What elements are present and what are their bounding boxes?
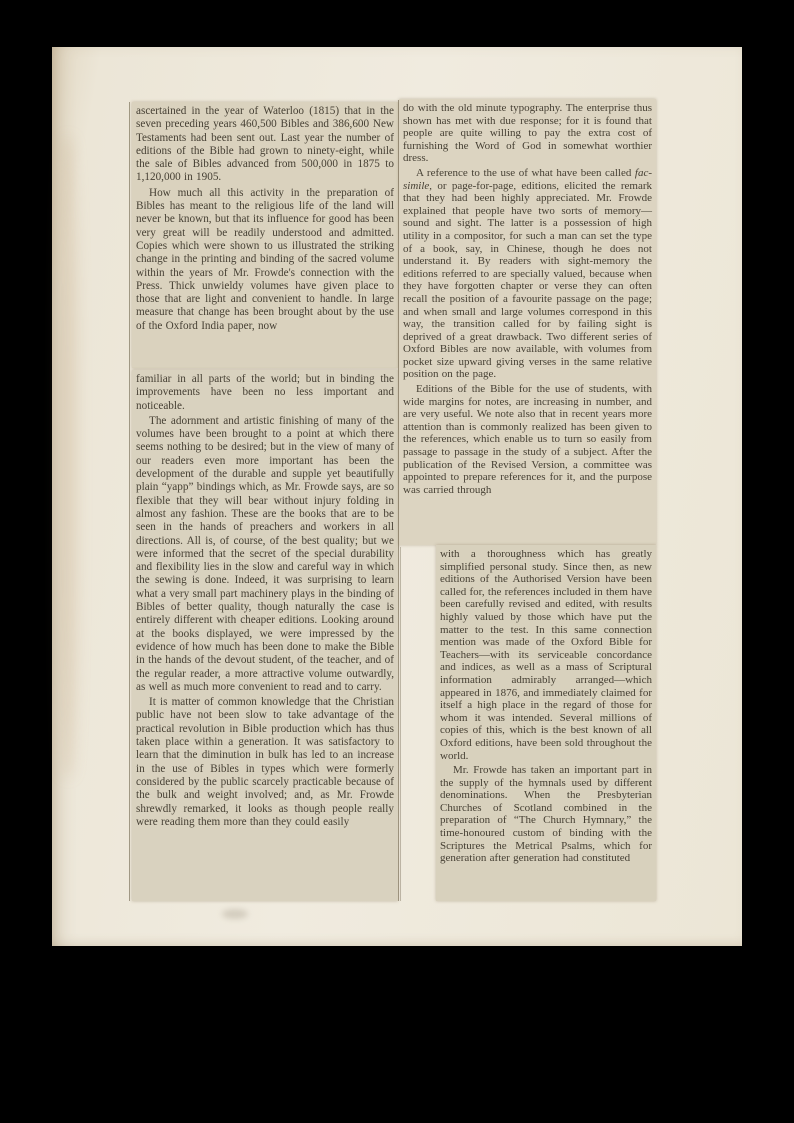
paragraph: Mr. Frowde has taken an important part i… [440, 764, 652, 865]
paragraph: A reference to the use of what have been… [403, 167, 652, 381]
paragraph: ascertained in the year of Waterloo (181… [136, 105, 394, 185]
newspaper-clipping-left-bottom: familiar in all parts of the world; but … [132, 370, 398, 901]
paragraph: familiar in all parts of the world; but … [136, 373, 394, 413]
paragraph: It is matter of common knowledge that th… [136, 696, 394, 829]
paragraph: The adornment and artistic finishing of … [136, 415, 394, 694]
newspaper-clipping-right-top: do with the old minute typography. The e… [399, 99, 656, 545]
paragraph: with a thoroughness which has greatly si… [440, 548, 652, 762]
paragraph: How much all this activity in the prepar… [136, 187, 394, 333]
paragraph-lead: A reference to the use of what have been… [416, 167, 635, 179]
newspaper-clipping-left-top: ascertained in the year of Waterloo (181… [132, 102, 398, 368]
paper-stain [58, 137, 78, 777]
paragraph: Editions of the Bible for the use of stu… [403, 383, 652, 496]
page-background: { "colors": { "background": "#000000", "… [0, 0, 794, 1123]
paragraph: do with the old minute typography. The e… [403, 102, 652, 165]
column-rule-inner [400, 547, 401, 901]
column-rule-left [129, 102, 130, 901]
newspaper-clipping-right-bottom: with a thoroughness which has greatly si… [436, 545, 656, 901]
paragraph-rest: , or page-for-page, editions, elicited t… [403, 180, 652, 381]
paper-stain [222, 909, 248, 919]
album-page: ascertained in the year of Waterloo (181… [52, 47, 742, 946]
